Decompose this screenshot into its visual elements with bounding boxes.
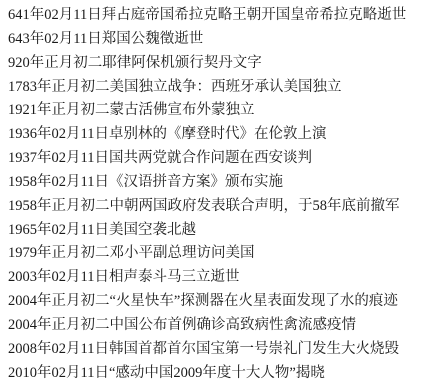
list-item: 2004年正月初二“火星快车”探测器在火星表面发现了水的痕迹: [8, 290, 428, 314]
list-item: 1921年正月初二蒙古活佛宣布外蒙独立: [8, 99, 428, 123]
list-item: 1783年正月初二美国独立战争：西班牙承认美国独立: [8, 76, 428, 100]
list-item: 1979年正月初二邓小平副总理访问美国: [8, 242, 428, 266]
list-item: 643年02月11日郑国公魏徵逝世: [8, 28, 428, 52]
list-item: 2010年02月11日“感动中国2009年度十大人物”揭晓: [8, 362, 428, 382]
list-item: 1937年02月11日国共两党就合作问题在西安谈判: [8, 147, 428, 171]
list-item: 2003年02月11日相声泰斗马三立逝世: [8, 266, 428, 290]
list-item: 920年正月初二耶律阿保机颁行契丹文字: [8, 52, 428, 76]
list-item: 1958年正月初二中朝两国政府发表联合声明，于58年底前撤军: [8, 195, 428, 219]
list-item: 1936年02月11日卓别林的《摩登时代》在伦敦上演: [8, 123, 428, 147]
list-item: 1965年02月11日美国空袭北越: [8, 219, 428, 243]
event-list: 641年02月11日拜占庭帝国希拉克略王朝开国皇帝希拉克略逝世643年02月11…: [8, 4, 428, 382]
list-item: 2004年正月初二中国公布首例确诊高致病性禽流感疫情: [8, 314, 428, 338]
history-events-page: 641年02月11日拜占庭帝国希拉克略王朝开国皇帝希拉克略逝世643年02月11…: [0, 0, 428, 382]
list-item: 2008年02月11日韩国首都首尔国宝第一号崇礼门发生大火烧毁: [8, 338, 428, 362]
list-item: 1958年02月11日《汉语拼音方案》颁布实施: [8, 171, 428, 195]
list-item: 641年02月11日拜占庭帝国希拉克略王朝开国皇帝希拉克略逝世: [8, 4, 428, 28]
